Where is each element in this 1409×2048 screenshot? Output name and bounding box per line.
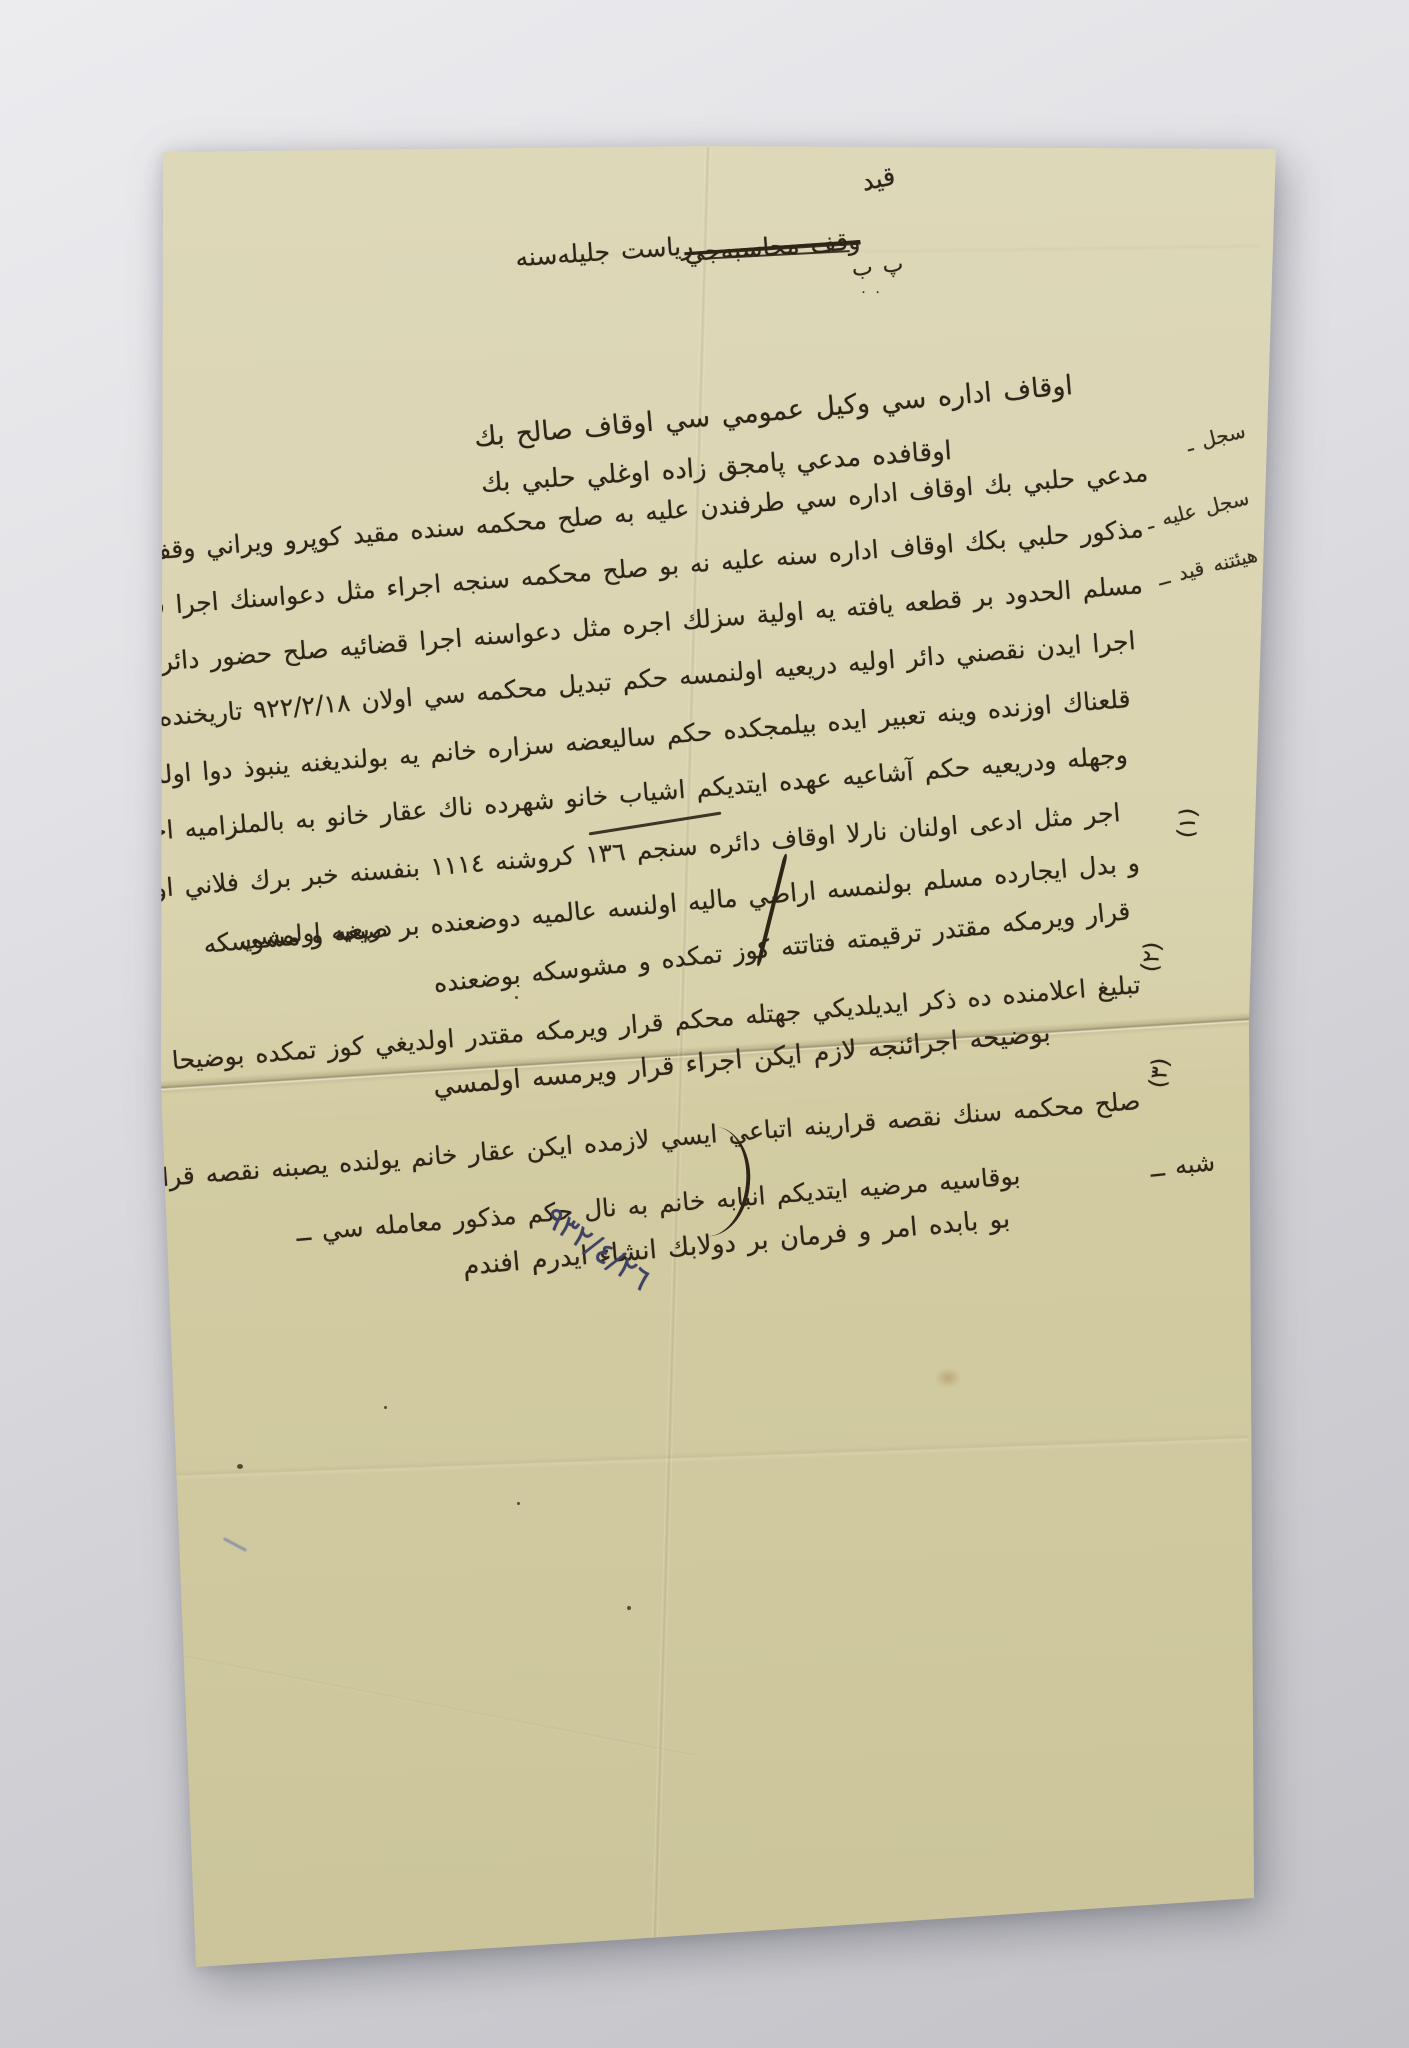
header-title: رياست جليله‌سنه (515, 233, 694, 272)
paper-speck (384, 1406, 387, 1409)
line-salutation: اوقاف اداره سي وكيل عمومي سي اوقاف صالح … (473, 372, 1074, 453)
paper-speck (627, 1606, 631, 1610)
header-initials-dots: ٠ ٠ (860, 286, 881, 300)
margin-note-3: هيئتنه قيد ــ (1156, 544, 1260, 589)
letter-paper: قيدوقف محاسبه‌جيرياست جليله‌سنهپ ب٠ ٠سجل… (0, 0, 1409, 2048)
paper-speck (515, 996, 518, 999)
margin-note-2: سجل عليه ـ (1145, 487, 1252, 533)
header-initials: پ ب (851, 253, 905, 281)
paper-speck (237, 1464, 243, 1469)
paper-shadow-wrap: قيدوقف محاسبه‌جيرياست جليله‌سنهپ ب٠ ٠سجل… (0, 0, 1409, 2048)
paper-stain (935, 1368, 961, 1388)
item-marker-2: (٢) (1138, 940, 1166, 973)
line-11: دريعيه اولمسي (239, 915, 393, 951)
photo-background: قيدوقف محاسبه‌جيرياست جليله‌سنهپ ب٠ ٠سجل… (0, 0, 1409, 2048)
paper-speck (517, 1502, 520, 1505)
item-marker-1: (١) (1174, 806, 1202, 839)
header-flourish: قيد (859, 163, 898, 197)
handwriting-layer: قيدوقف محاسبه‌جيرياست جليله‌سنهپ ب٠ ٠سجل… (0, 0, 1409, 2048)
line-15-lead: شبه ــ (1149, 1150, 1216, 1182)
margin-note-1: سجل ـ (1184, 420, 1247, 455)
item-marker-3: (٣) (1146, 1056, 1174, 1089)
